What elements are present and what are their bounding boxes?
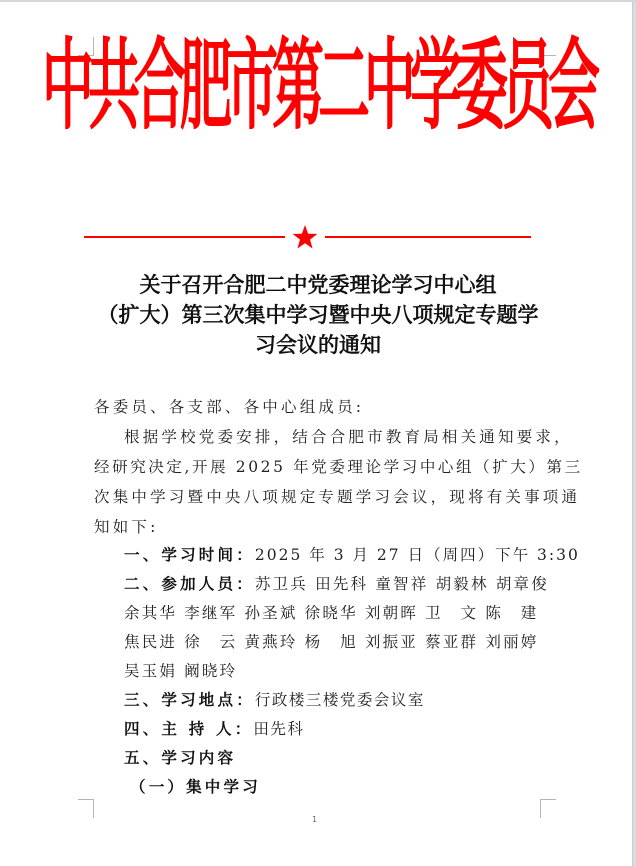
attendees-line: 焦民进 徐 云 黄燕玲 杨 旭 刘振亚 蔡亚群 刘丽婷	[124, 630, 538, 652]
attendees-first-line: 苏卫兵 田先科 童智祥 胡毅林 胡章俊	[255, 575, 549, 593]
star-icon	[292, 225, 318, 249]
red-divider-left	[84, 236, 285, 238]
section-location: 三、学习地点：行政楼三楼党委会议室	[124, 688, 425, 710]
document-title: 关于召开合肥二中党委理论学习中心组 （扩大）第三次集中学习暨中央八项规定专题学 …	[80, 270, 556, 360]
section-attendees: 二、参加人员：苏卫兵 田先科 童智祥 胡毅林 胡章俊	[124, 572, 549, 594]
section-host-value: 田先科	[253, 720, 304, 738]
subsection-centralized-study: （一）集中学习	[130, 775, 261, 797]
intro-line: 知如下:	[94, 515, 159, 537]
red-divider-right	[325, 236, 531, 238]
title-line: 关于召开合肥二中党委理论学习中心组	[80, 270, 556, 300]
intro-line: 经研究决定,开展 2025 年党委理论学习中心组（扩大）第三	[94, 455, 583, 477]
section-attendees-label: 二、参加人员：	[124, 575, 255, 593]
attendees-line: 余其华 李继军 孙圣斌 徐晓华 刘朝晖 卫 文 陈 建	[124, 601, 538, 623]
crop-mark-bottom-left	[78, 799, 94, 818]
page-number: 1	[312, 815, 317, 824]
section-host-label: 四、主 持 人：	[124, 720, 253, 738]
title-line: 习会议的通知	[80, 330, 556, 360]
crop-mark-bottom-right	[540, 799, 556, 818]
intro-line: 次集中学习暨中央八项规定专题学习会议，现将有关事项通	[94, 485, 580, 507]
salutation: 各委员、各支部、各中心组成员:	[94, 395, 364, 417]
attendees-line: 吴玉娟 阚晓玲	[124, 659, 237, 681]
section-time-value: 2025 年 3 月 27 日（周四）下午 3:30	[255, 546, 580, 564]
section-location-value: 行政楼三楼党委会议室	[255, 691, 425, 709]
section-time-label: 一、学习时间：	[124, 546, 255, 564]
vertical-scrollbar[interactable]	[632, 2, 636, 866]
section-host: 四、主 持 人：田先科	[124, 717, 304, 739]
section-time: 一、学习时间：2025 年 3 月 27 日（周四）下午 3:30	[124, 543, 580, 565]
section-content: 五、学习内容	[124, 746, 236, 768]
intro-line: 根据学校党委安排，结合合肥市教育局相关通知要求，	[124, 425, 573, 447]
section-location-label: 三、学习地点：	[124, 691, 255, 709]
window-top-border	[0, 0, 636, 2]
title-line: （扩大）第三次集中学习暨中央八项规定专题学	[80, 300, 556, 330]
masthead-title: 中共合肥市第二中学委员会	[80, 42, 556, 148]
